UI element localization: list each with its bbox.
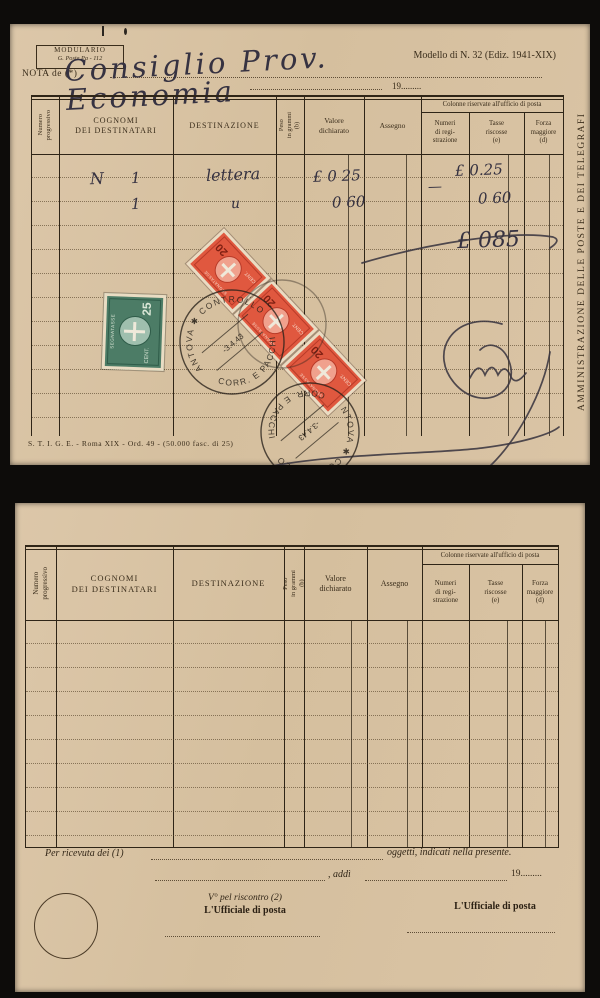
- postal-note-back-sheet: Colonne riservate all'ufficio di posta N…: [15, 503, 585, 992]
- header-destinazione: DESTINAZIONE: [173, 547, 284, 620]
- header-forza: Forza maggiore (d): [522, 564, 558, 620]
- header-peso: Peso in grammi (b): [276, 97, 304, 154]
- ledger-row: [26, 812, 558, 836]
- ledger-row: [26, 836, 558, 847]
- per-ricevuta-label: Per ricevuta dei (1): [45, 848, 124, 859]
- administration-side-text: AMMINISTRAZIONE DELLE POSTE E DEI TELEGR…: [577, 62, 587, 462]
- header-forza: Forza maggiore (d): [524, 112, 563, 154]
- entry-row1-qty: 1: [131, 171, 141, 186]
- ledger-row: [26, 788, 558, 812]
- ledger-row: [32, 418, 563, 436]
- dotted-line: [155, 879, 325, 881]
- cents-divider: [507, 620, 508, 847]
- ufficiale-left-label: L'Ufficiale di posta: [145, 905, 345, 916]
- header-numeri: Numeri di regi- strazione: [422, 564, 469, 620]
- header-cognomi: COGNOMI DEI DESTINATARI: [56, 547, 173, 620]
- dotted-line: [365, 879, 507, 881]
- ledger-row: [32, 394, 563, 418]
- header-numeri: Numeri di regi- strazione: [421, 112, 469, 154]
- cents-divider: [549, 154, 550, 436]
- riscontro-label: V° pel riscontro (2): [145, 893, 345, 903]
- stamp-cent-label: CENT.: [144, 347, 151, 363]
- ledger-row: [26, 668, 558, 692]
- header-tasse: Tasse riscosse (e): [469, 112, 524, 154]
- entry-row2-valore: 0 60: [332, 194, 366, 210]
- header-cognomi: COGNOMI DEI DESTINATARI: [59, 97, 173, 154]
- ledger-row: [32, 250, 563, 274]
- ledger-row: [26, 692, 558, 716]
- entry-row2-dest: u: [231, 197, 241, 211]
- header-tasse: Tasse riscosse (e): [469, 564, 522, 620]
- ink-mark: [102, 26, 104, 36]
- office-columns-band: Colonne riservate all'ufficio di posta: [421, 97, 563, 113]
- postal-note-front-sheet: MODULARIO G. Poste Pa - 112 NOTA de (*) …: [10, 24, 590, 465]
- addi-label: , addì: [328, 869, 351, 880]
- cents-divider: [406, 154, 407, 436]
- stamp-value: 25: [140, 302, 154, 316]
- header-numero: Numero progressivo: [26, 547, 56, 620]
- header-destinazione: DESTINAZIONE: [173, 97, 276, 154]
- entry-row1-valore: £ 0 25: [313, 168, 361, 185]
- header-assegno: Assegno: [364, 97, 421, 154]
- ledger-row: [26, 644, 558, 668]
- office-columns-band: Colonne riservate all'ufficio di posta: [422, 547, 558, 565]
- ufficiale-right-label: L'Ufficiale di posta: [415, 901, 575, 912]
- cents-divider: [545, 620, 546, 847]
- header-valore: Valore dichiarato: [304, 547, 367, 620]
- entry-row1-tasse: £ 0.25: [455, 162, 503, 179]
- entry-row1-reg: —: [428, 180, 442, 194]
- postal-table: Colonne riservate all'ufficio di posta N…: [31, 95, 564, 436]
- signature-dotted-line: [407, 931, 555, 933]
- entry-row1-dest: lettera: [206, 166, 261, 184]
- entry-total: £ 085: [457, 229, 521, 253]
- ledger-row: [26, 764, 558, 788]
- postal-table: Colonne riservate all'ufficio di posta N…: [25, 545, 559, 848]
- header-numero: Numero progressivo: [32, 97, 59, 154]
- entry-row2-qty: 1: [131, 197, 141, 212]
- ink-mark: [124, 28, 127, 35]
- printer-imprint: S. T. I. G. E. - Roma XIX - Ord. 49 - (5…: [28, 439, 234, 448]
- seal-placeholder-circle: [34, 893, 98, 959]
- dotted-line: [151, 858, 383, 860]
- oggetti-label: oggetti, indicati nella presente.: [387, 847, 511, 858]
- entry-row1-n: N: [90, 171, 105, 187]
- entry-row2-tasse: 0 60: [478, 190, 512, 206]
- cents-divider: [407, 620, 408, 847]
- ledger-row: [26, 620, 558, 644]
- ledger-row: [26, 740, 558, 764]
- ledger-row: [26, 716, 558, 740]
- header-peso: Peso in grammi (b): [284, 547, 304, 620]
- green-postage-due-stamp: SEGNATASSE CENT. 25: [102, 293, 167, 371]
- table-body-rows: [26, 620, 558, 847]
- signature-dotted-line: [165, 935, 320, 937]
- header-assegno: Assegno: [367, 547, 422, 620]
- year-line: 19.........: [511, 869, 542, 879]
- cents-divider: [351, 620, 352, 847]
- header-valore: Valore dichiarato: [304, 97, 364, 154]
